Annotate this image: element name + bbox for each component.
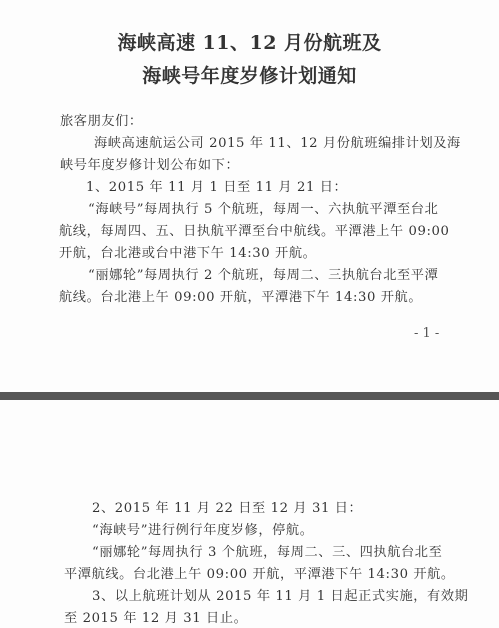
- title-line-2: 海峡号年度岁修计划通知: [0, 61, 499, 88]
- document-page-1: 海峡高速 11、12 月份航班及 海峡号年度岁修计划通知 旅客朋友们： 海峡高速…: [0, 0, 499, 392]
- lina-schedule-line-2: 平潭航线。台北港上午 09:00 开航，平潭港下午 14:30 开航。: [64, 563, 455, 582]
- item1-heading: 1、2015 年 11 月 1 日至 11 月 21 日：: [86, 176, 347, 195]
- haixia-maintenance-line: “海峡号”进行例行年度岁修，停航。: [92, 519, 314, 538]
- intro-line-2: 峡号年度岁修计划公布如下：: [60, 154, 239, 173]
- greeting: 旅客朋友们：: [60, 110, 143, 129]
- intro-line-1: 海峡高速航运公司 2015 年 11、12 月份航班编排计划及海: [94, 132, 461, 151]
- lina-schedule-line-1: “丽娜轮”每周执行 3 个航班，每周二、三、四执航台北至: [92, 541, 442, 560]
- page-number: - 1 -: [414, 326, 439, 341]
- page-separator: [0, 392, 499, 400]
- lina-paragraph-line-1: “丽娜轮”每周执行 2 个航班，每周二、三执航台北至平潭: [88, 264, 438, 283]
- haixia-paragraph-line-3: 开航，台北港或台中港下午 14:30 开航。: [59, 242, 316, 261]
- item3-line-2: 至 2015 年 12 月 31 日止。: [64, 607, 247, 626]
- item3-line-1: 3、以上航班计划从 2015 年 11 月 1 日起正式实施，有效期: [92, 585, 468, 604]
- haixia-paragraph-line-2: 航线，每周四、五、日执航平潭至台中航线。平潭港上午 09:00: [59, 220, 449, 239]
- lina-paragraph-line-2: 航线。台北港上午 09:00 开航，平潭港下午 14:30 开航。: [59, 286, 422, 305]
- haixia-paragraph-line-1: “海峡号”每周执行 5 个航班，每周一、六执航平潭至台北: [88, 198, 438, 217]
- item2-heading: 2、2015 年 11 月 22 日至 12 月 31 日：: [92, 497, 362, 516]
- title-line-1: 海峡高速 11、12 月份航班及: [0, 28, 499, 55]
- document-page-2: 2、2015 年 11 月 22 日至 12 月 31 日： “海峡号”进行例行…: [0, 400, 499, 628]
